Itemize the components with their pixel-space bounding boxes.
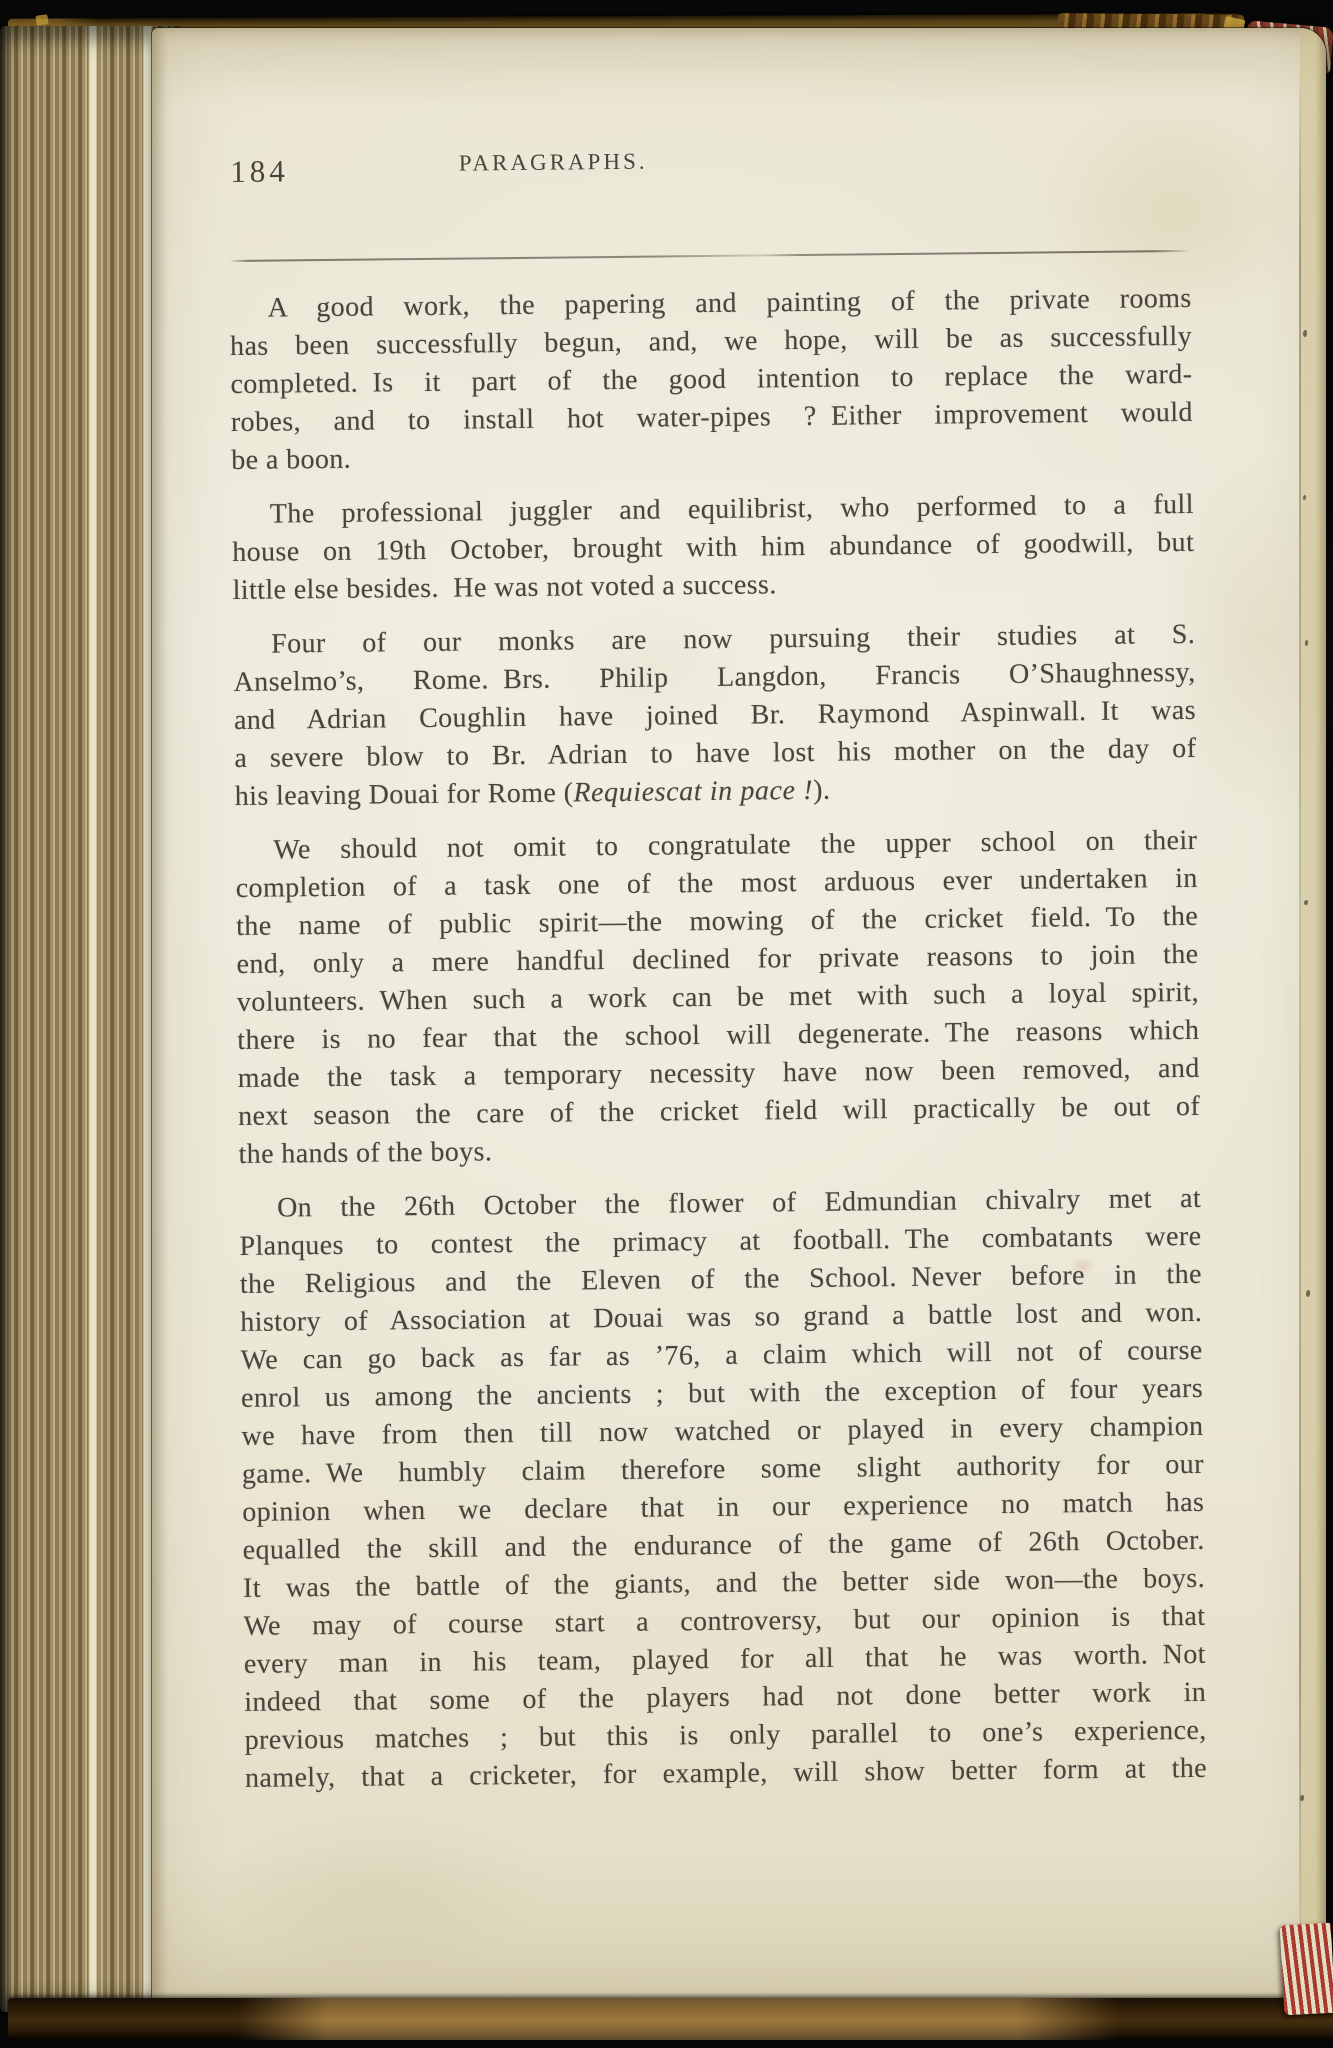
headband-bottom [1280, 1923, 1333, 2016]
book-page: 184 PARAGRAPHS. A good work, the paperin… [152, 28, 1326, 2009]
book-photo: 184 PARAGRAPHS. A good work, the paperin… [0, 0, 1333, 2048]
page-curled-edge [1300, 28, 1326, 2009]
paragraph: On the 26th October the flower of Edmund… [239, 1180, 1207, 1798]
divider-rule [229, 250, 1191, 262]
gilt-fleck [35, 14, 48, 26]
paragraph: We should not omit to congratulate the u… [235, 822, 1201, 1174]
book-cover-bottom-edge [8, 1998, 1333, 2040]
page-number: 184 [230, 155, 289, 187]
paper-stain [212, 1808, 552, 1978]
page-header-row: 184 PARAGRAPHS. [228, 138, 1190, 194]
paragraphs: A good work, the papering and painting o… [229, 280, 1207, 1798]
text-block: 184 PARAGRAPHS. A good work, the paperin… [228, 138, 1190, 194]
paragraph: Four of our monks are now pursuing their… [233, 616, 1197, 816]
paragraph: The professional juggler and equilibrist… [232, 486, 1195, 610]
paragraph: A good work, the papering and painting o… [229, 280, 1193, 480]
page-crease [1299, 64, 1301, 1995]
running-header: PARAGRAPHS. [459, 150, 648, 175]
